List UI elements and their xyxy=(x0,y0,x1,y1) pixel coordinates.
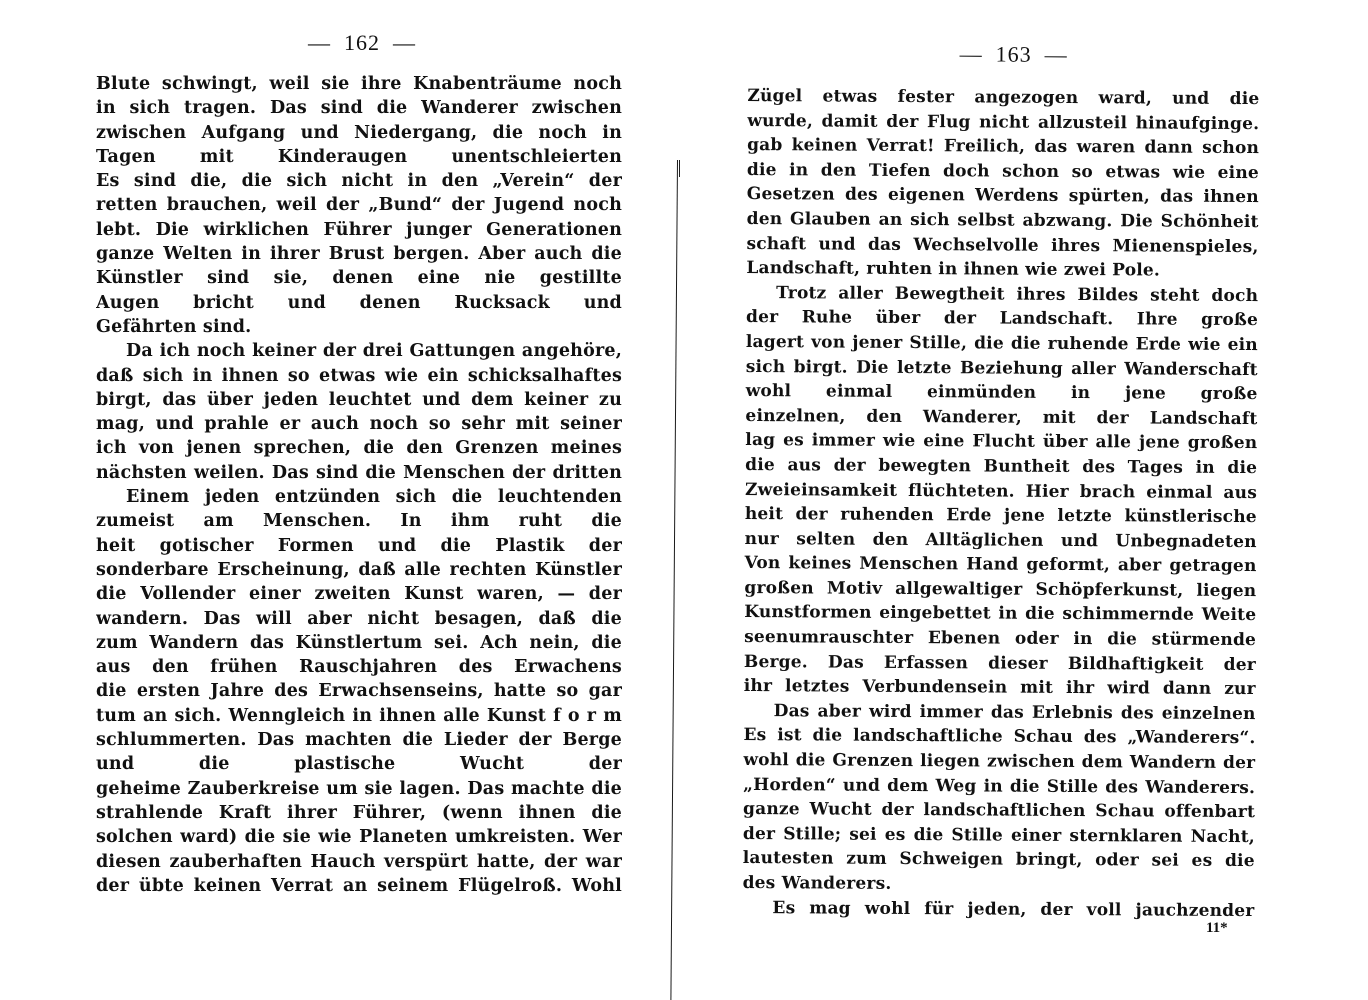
gutter-mark xyxy=(679,160,680,177)
text-line: lautesten zum Schweigen bringt, oder sei… xyxy=(743,846,1255,874)
text-line: Es ist die landschaftliche Schau des „Wa… xyxy=(743,723,1255,751)
book-gutter-line xyxy=(670,160,678,1000)
text-line: mag, und prahle er auch noch so sehr mit… xyxy=(96,412,622,436)
text-line: tum an sich. Wenngleich in ihnen alle Ku… xyxy=(96,704,622,728)
text-line: Es mag wohl für jeden, der voll jauchzen… xyxy=(742,896,1254,924)
text-line: zum Wandern das Künstlertum sei. Ach nei… xyxy=(96,631,622,655)
text-line: ihr letztes Verbundensein mit ihr wird d… xyxy=(744,674,1256,702)
text-line: in sich tragen. Das sind die Wanderer zw… xyxy=(96,96,622,120)
text-line: Da ich noch keiner der drei Gattungen an… xyxy=(96,339,622,363)
text-line: Von keines Menschen Hand geformt, aber g… xyxy=(744,551,1256,579)
text-line: lebt. Die wirklichen Führer junger Gener… xyxy=(96,218,622,242)
text-line: ganze Wucht der landschaftlichen Schau o… xyxy=(743,797,1255,825)
text-line: ich von jenen sprechen, die den Grenzen … xyxy=(96,436,622,460)
text-line: gab keinen Verrat! Freilich, das waren d… xyxy=(747,133,1259,161)
text-line: birgt, das über jeden leuchtet und dem k… xyxy=(96,388,622,412)
page-number-right: — 163 — xyxy=(960,41,1068,68)
text-line: Gefährten sind. xyxy=(96,315,622,339)
text-line: Gesetzen des eigenen Werdens spürten, da… xyxy=(747,182,1259,210)
text-line: Künstler sind sie, denen eine nie gestil… xyxy=(96,266,622,290)
text-line: schaft und das Wechselvolle ihres Mienen… xyxy=(746,232,1258,260)
text-line: die ersten Jahre des Erwachsenseins, hat… xyxy=(96,679,622,703)
text-line: wandern. Das will aber nicht besagen, da… xyxy=(96,607,622,631)
text-line: und die plastische Wucht der Landschafts… xyxy=(96,752,622,776)
text-line: lag es immer wie eine Flucht über alle j… xyxy=(745,428,1257,456)
text-line: der Stille; sei es die Stille einer ster… xyxy=(743,822,1255,850)
text-line: aus den frühen Rauschjahren des Erwachen… xyxy=(96,655,622,679)
text-line: strahlende Kraft ihrer Führer, (wenn ihn… xyxy=(96,801,622,825)
text-line: retten brauchen, weil der „Bund“ der Jug… xyxy=(96,193,622,217)
text-line: nächsten weilen. Das sind die Menschen d… xyxy=(96,461,622,485)
text-line: nur selten den Alltäglichen und Unbegnad… xyxy=(745,527,1257,555)
text-line: Landschaft, ruhten in ihnen wie zwei Pol… xyxy=(746,256,1258,284)
text-line: Einem jeden entzünden sich die leuchtend… xyxy=(96,485,622,509)
text-line: lagert von jener Stille, die die ruhende… xyxy=(746,330,1258,358)
text-line: die in den Tiefen doch schon so etwas wi… xyxy=(747,158,1259,186)
text-line: sonderbare Erscheinung, daß alle rechten… xyxy=(96,558,622,582)
text-line: einzelnen, den Wanderer, mit der Landsch… xyxy=(745,404,1257,432)
text-line: Es sind die, die sich nicht in den „Vere… xyxy=(96,169,622,193)
text-line: Augen bricht und denen Rucksack und Wand… xyxy=(96,291,622,315)
text-line: daß sich in ihnen so etwas wie ein schic… xyxy=(96,364,622,388)
text-line: zwischen Aufgang und Niedergang, die noc… xyxy=(96,121,622,145)
text-line: „Horden“ und dem Weg in die Stille des W… xyxy=(743,773,1255,801)
text-line: großen Motiv allgewaltiger Schöpferkunst… xyxy=(744,576,1256,604)
text-line: Das aber wird immer das Erlebnis des ein… xyxy=(744,699,1256,727)
text-line: Blute schwingt, weil sie ihre Knabenträu… xyxy=(96,72,622,96)
text-line: sich birgt. Die letzte Beziehung aller W… xyxy=(746,355,1258,383)
text-line: Trotz aller Bewegtheit ihres Bildes steh… xyxy=(746,281,1258,309)
text-line: ganze Welten in ihrer Brust bergen. Aber… xyxy=(96,242,622,266)
text-line: wohl die Grenzen liegen zwischen dem Wan… xyxy=(743,748,1255,776)
text-line: geheime Zauberkreise um sie lagen. Das m… xyxy=(96,777,622,801)
text-line: diesen zauberhaften Hauch verspürt hatte… xyxy=(96,850,622,874)
text-line: wurde, damit der Flug nicht allzusteil h… xyxy=(747,109,1259,137)
text-line: den Glauben an sich selbst abzwang. Die … xyxy=(747,207,1259,235)
text-line: heit gotischer Formen und die Plastik de… xyxy=(96,534,622,558)
text-line: zumeist am Menschen. In ihm ruht die him… xyxy=(96,509,622,533)
text-line: schlummerten. Das machten die Lieder der… xyxy=(96,728,622,752)
text-line: heit der ruhenden Erde jene letzte künst… xyxy=(745,502,1257,530)
text-line: Kunstformen eingebettet in die schimmern… xyxy=(744,600,1256,628)
text-line: seenumrauschter Ebenen oder in die stürm… xyxy=(744,625,1256,653)
text-line: Zweieinsamkeit flüchteten. Hier brach ei… xyxy=(745,477,1257,505)
text-line: der Ruhe über der Landschaft. Ihre große… xyxy=(746,305,1258,333)
text-line: die aus der bewegten Buntheit des Tages … xyxy=(745,453,1257,481)
text-line: des Wanderers. xyxy=(743,871,1255,899)
text-line: wohl einmal einmünden in jene große Zwei… xyxy=(746,379,1258,407)
right-page: — 163 — Zügel etwas fester angezogen war… xyxy=(748,0,1260,3)
text-line: die Vollender einer zweiten Kunst waren,… xyxy=(96,582,622,606)
text-line: Tagen mit Kinderaugen unentschleierten G… xyxy=(96,145,622,169)
text-line: Berge. Das Erfassen dieser Bildhaftigkei… xyxy=(744,650,1256,678)
right-page-text: Zügel etwas fester angezogen ward, und d… xyxy=(742,84,1259,923)
text-line: solchen ward) die sie wie Planeten umkre… xyxy=(96,825,622,849)
text-line: der übte keinen Verrat an seinem Flügelr… xyxy=(96,874,622,898)
page-number-left: — 162 — xyxy=(308,30,416,56)
left-page-text: Blute schwingt, weil sie ihre Knabenträu… xyxy=(96,72,622,898)
text-line: Zügel etwas fester angezogen ward, und d… xyxy=(747,84,1259,112)
signature-mark: 11* xyxy=(1206,920,1228,937)
